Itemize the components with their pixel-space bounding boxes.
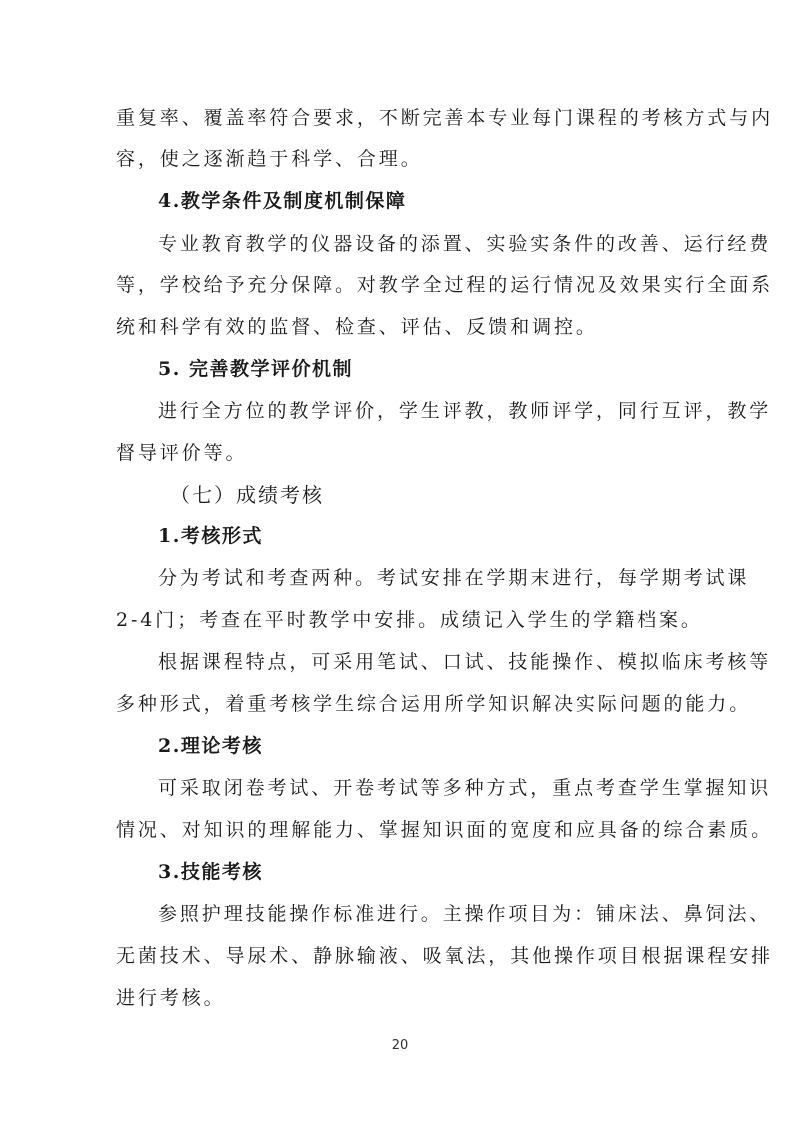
- subheading-assessment-form: 1.考核形式: [158, 524, 728, 548]
- body-text-line: 2-4门；考查在平时教学中安排。成绩记入学生的学籍档案。: [116, 608, 686, 632]
- body-text-line: 重复率、覆盖率符合要求，不断完善本专业每门课程的考核方式与内: [116, 106, 686, 130]
- body-text-line: 可采取闭卷考试、开卷考试等多种方式，重点考查学生掌握知识: [158, 776, 728, 800]
- body-text-line: 督导评价等。: [116, 441, 686, 465]
- body-text-line: 多种形式，着重考核学生综合运用所学知识解决实际问题的能力。: [116, 692, 686, 716]
- body-text-line: 情况、对知识的理解能力、掌握知识面的宽度和应具备的综合素质。: [116, 818, 686, 842]
- subheading-theory-assessment: 2.理论考核: [158, 734, 728, 758]
- page-number: 20: [0, 1038, 800, 1053]
- body-text-line: 参照护理技能操作标准进行。主操作项目为：铺床法、鼻饲法、: [158, 902, 728, 926]
- subheading-evaluation-mechanism: 5. 完善教学评价机制: [158, 357, 728, 381]
- subheading-skill-assessment: 3.技能考核: [158, 860, 728, 884]
- document-page: 重复率、覆盖率符合要求，不断完善本专业每门课程的考核方式与内 容，使之逐渐趋于科…: [0, 0, 800, 1131]
- body-text-line: 专业教育教学的仪器设备的添置、实验实条件的改善、运行经费: [158, 232, 728, 256]
- body-text-line: 统和科学有效的监督、检查、评估、反馈和调控。: [116, 315, 686, 339]
- body-text-line: 进行全方位的教学评价，学生评教，教师评学，同行互评，教学: [158, 399, 728, 423]
- body-text-line: 根据课程特点，可采用笔试、口试、技能操作、模拟临床考核等: [158, 650, 728, 674]
- section-heading-grade-assessment: （七）成绩考核: [170, 483, 740, 507]
- body-text-line: 无菌技术、导尿术、静脉输液、吸氧法，其他操作项目根据课程安排: [116, 944, 686, 968]
- body-text-line: 进行考核。: [116, 986, 686, 1010]
- body-text-line: 容，使之逐渐趋于科学、合理。: [116, 147, 686, 171]
- subheading-teaching-conditions: 4.教学条件及制度机制保障: [158, 189, 728, 213]
- body-text-line: 等，学校给予充分保障。对教学全过程的运行情况及效果实行全面系: [116, 273, 686, 297]
- body-text-line: 分为考试和考查两种。考试安排在学期末进行，每学期考试课: [158, 566, 728, 590]
